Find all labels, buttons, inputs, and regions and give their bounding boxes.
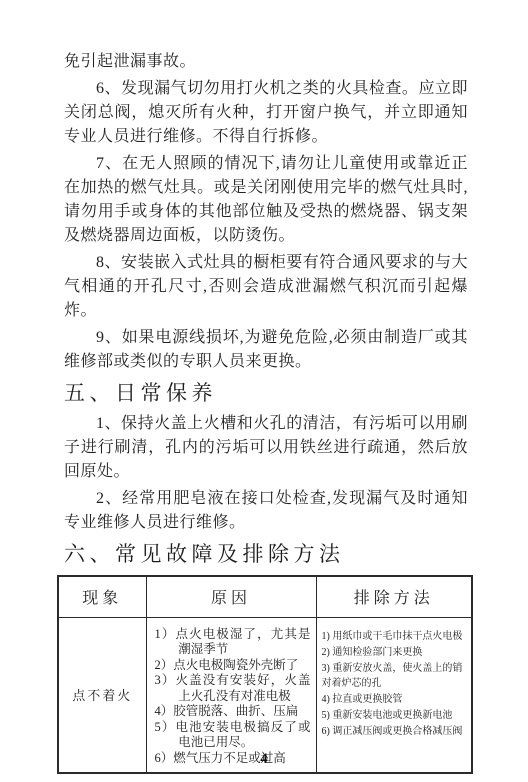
table-header-phenomenon: 现象 (58, 576, 146, 617)
cause-item: 5）电池安装电极搞反了或电池已用尽。 (155, 720, 311, 751)
section-heading-troubleshooting: 六、常见故障及排除方法 (64, 541, 468, 567)
table-header-row: 现象 原因 排除方法 (58, 576, 472, 617)
remedy-item: 5) 重新安装电池或更换新电池 (322, 708, 469, 723)
page-number: 4 (0, 751, 528, 768)
table-header-remedy: 排除方法 (316, 576, 472, 617)
page-content: 免引起泄漏事故。 6、发现漏气切勿用打火机之类的火具检查。应立即关闭总阀，熄灭所… (0, 0, 528, 774)
cause-item: 1）点火电极湿了，尤其是潮湿季节 (155, 627, 311, 658)
phenomenon-cell: 点不着火 (58, 617, 146, 773)
table-row: 点不着火 1）点火电极湿了，尤其是潮湿季节 2）点火电极陶瓷外壳断了 3）火盖没… (58, 617, 472, 773)
remedy-item: 4) 拉直或更换胶管 (322, 692, 469, 707)
cause-item: 2）点火电极陶瓷外壳断了 (155, 658, 311, 674)
manual-page: 免引起泄漏事故。 6、发现漏气切勿用打火机之类的火具检查。应立即关闭总阀，熄灭所… (0, 0, 528, 782)
remedies-cell: 1) 用纸巾或干毛巾抹干点火电极 2) 通知检验部门来更换 3) 重新安放火盖，… (316, 617, 472, 773)
safety-item-8: 8、安装嵌入式灶具的橱柜要有符合通风要求的与大气相通的开孔尺寸,否则会造成泄漏燃… (64, 251, 468, 323)
paragraph-continuation: 免引起泄漏事故。 (64, 50, 468, 74)
cause-item: 4）胶管脱落、曲折、压扁 (155, 704, 311, 720)
cause-item: 3）火盖没有安装好，火盖上火孔没有对准电极 (155, 673, 311, 704)
causes-cell: 1）点火电极湿了，尤其是潮湿季节 2）点火电极陶瓷外壳断了 3）火盖没有安装好，… (146, 617, 316, 773)
safety-item-6: 6、发现漏气切勿用打火机之类的火具检查。应立即关闭总阀，熄灭所有火种，打开窗户换… (64, 77, 468, 149)
maintenance-item-2: 2、经常用肥皂液在接口处检查,发现漏气及时通知专业维修人员进行维修。 (64, 487, 468, 535)
remedy-item: 2) 通知检验部门来更换 (322, 645, 469, 660)
section-heading-daily-maintenance: 五、日常保养 (64, 380, 468, 406)
remedy-item: 3) 重新安放火盖，使火盖上的销对着炉芯的孔 (322, 661, 469, 691)
maintenance-item-1: 1、保持火盖上火槽和火孔的清洁，有污垢可以用刷子进行刷清，孔内的污垢可以用铁丝进… (64, 412, 468, 484)
safety-item-9: 9、如果电源线损坏,为避免危险,必须由制造厂或其维修部或类似的专职人员来更换。 (64, 326, 468, 374)
safety-item-7: 7、在无人照顾的情况下,请勿让儿童使用或靠近正在加热的燃气灶具。或是关闭刚使用完… (64, 152, 468, 248)
remedy-item: 1) 用纸巾或干毛巾抹干点火电极 (322, 629, 469, 644)
table-header-cause: 原因 (146, 576, 316, 617)
troubleshooting-table: 现象 原因 排除方法 点不着火 1）点火电极湿了，尤其是潮湿季节 2）点火电极陶… (57, 575, 473, 774)
remedy-item: 6) 调正减压阀或更换合格减压阀 (322, 724, 469, 739)
